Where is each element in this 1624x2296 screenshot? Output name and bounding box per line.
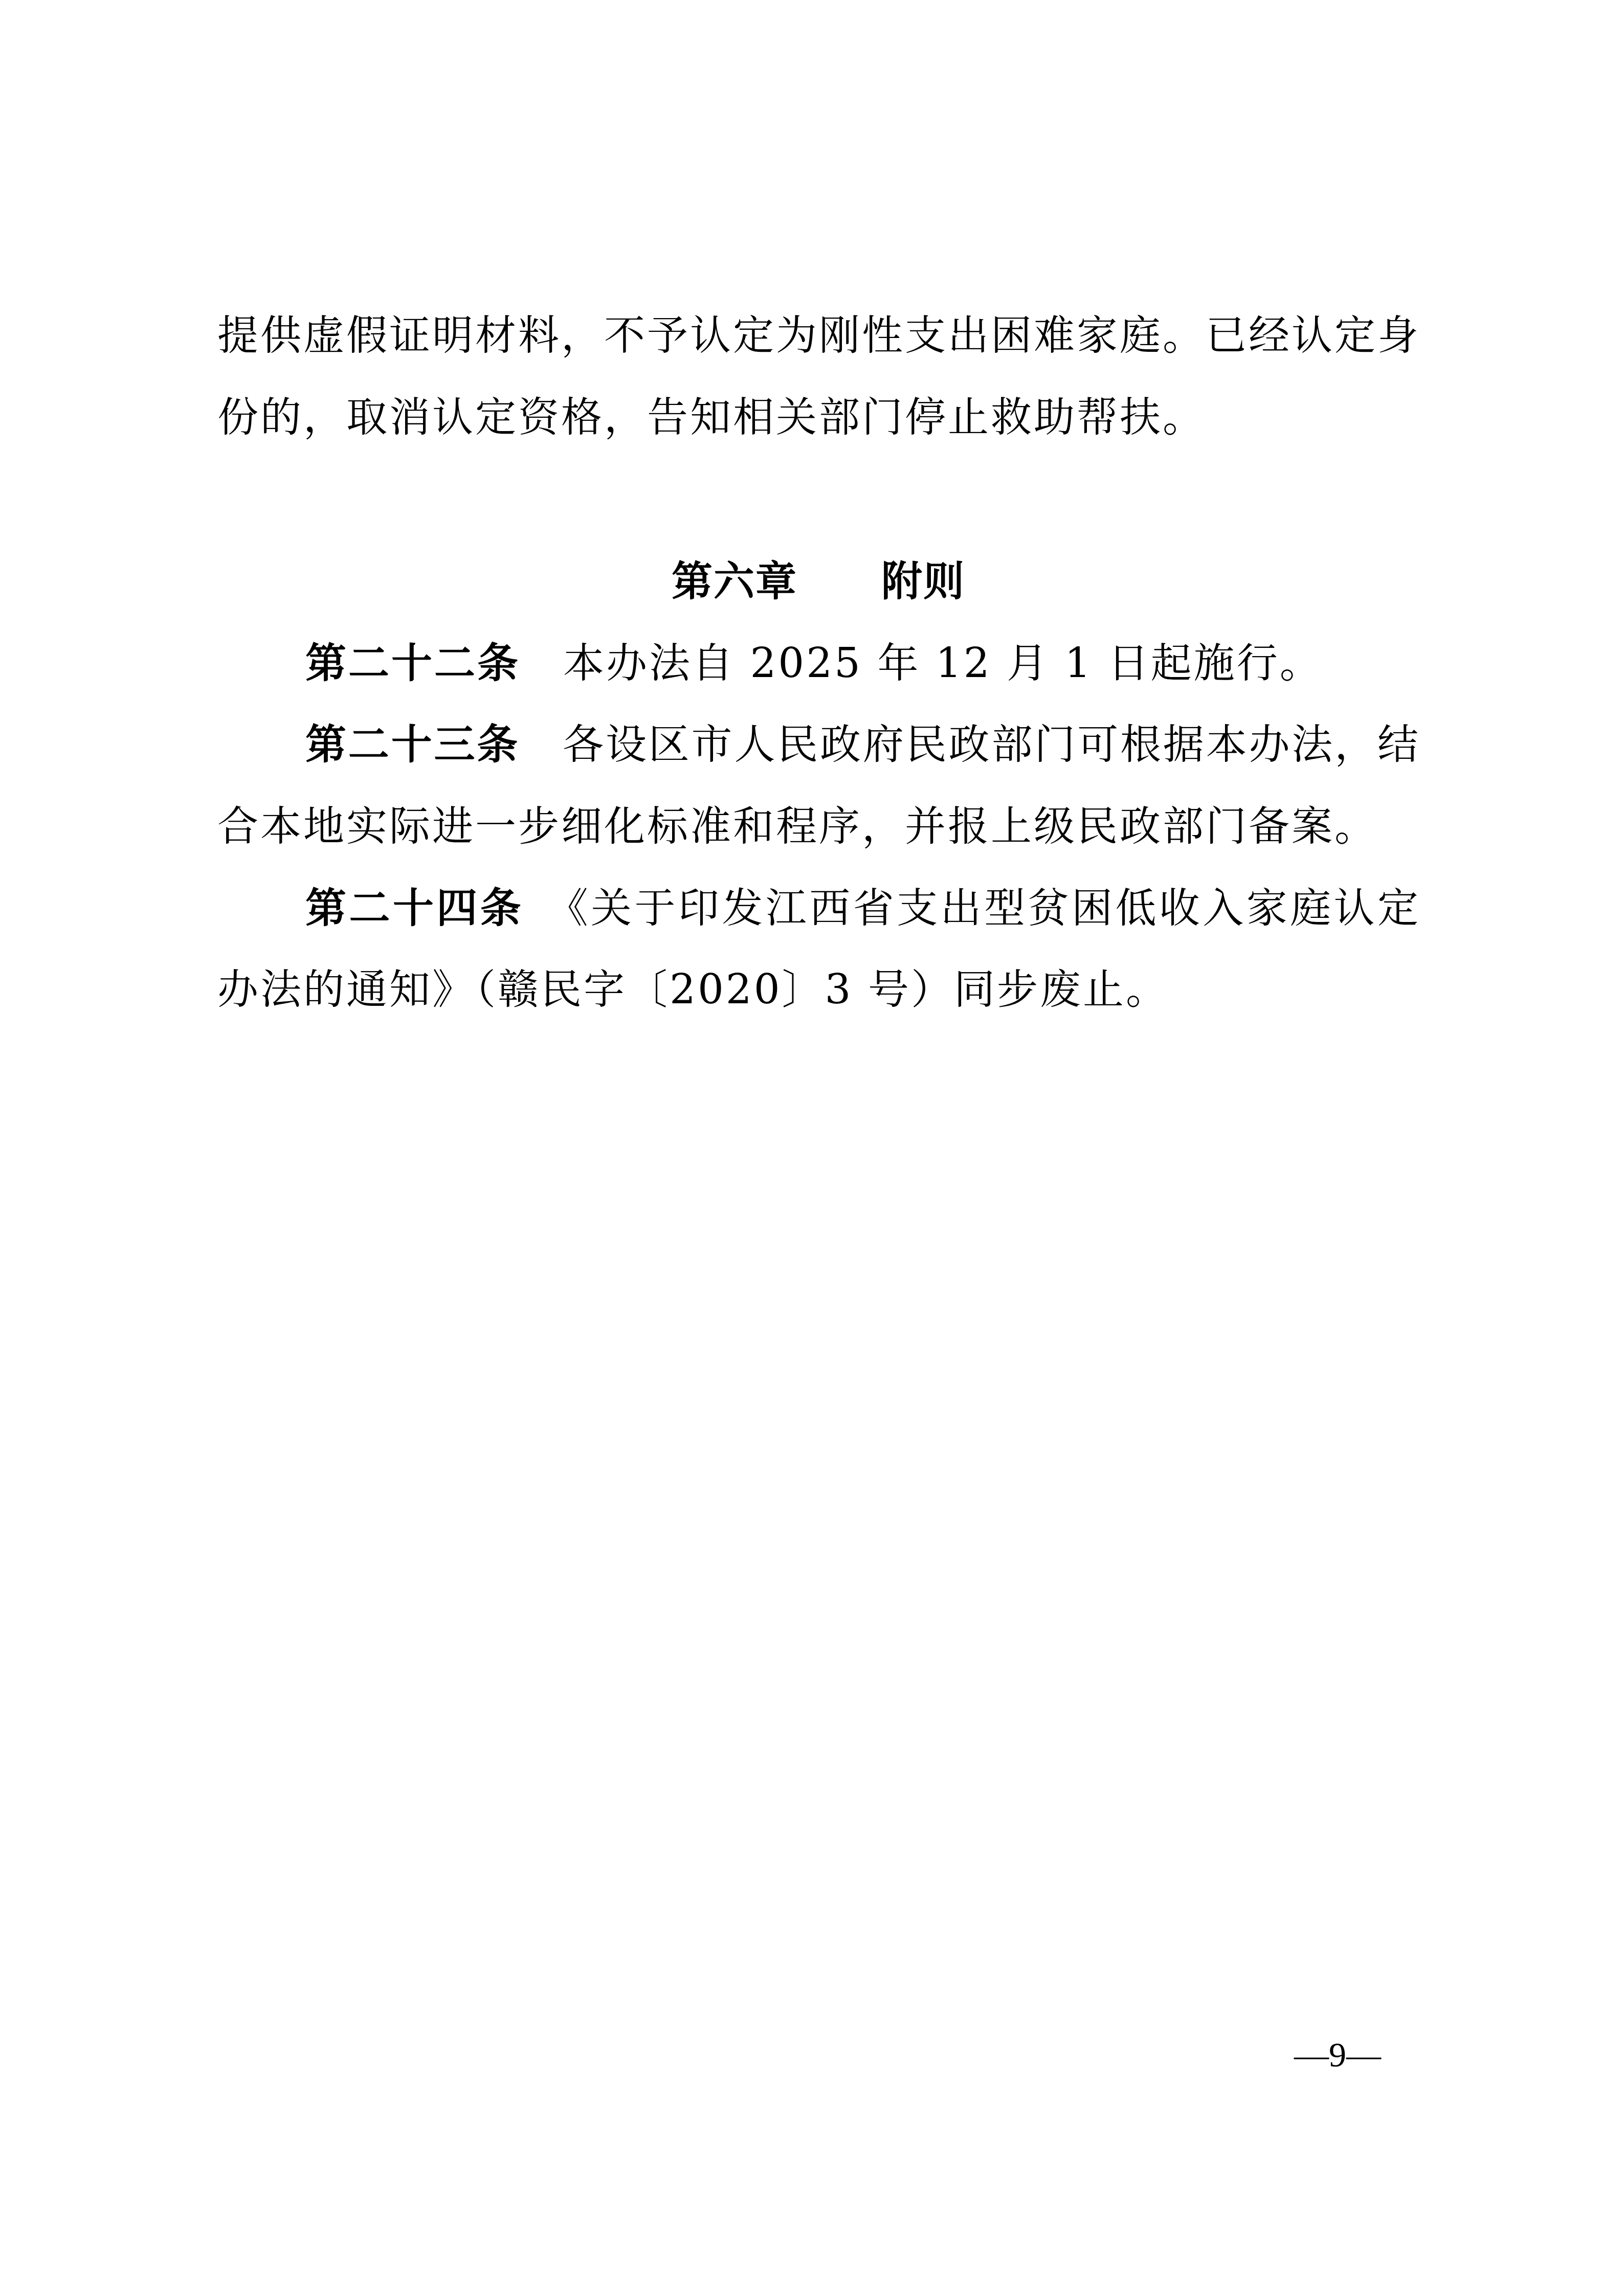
article-label: 第二十三条 bbox=[305, 721, 520, 768]
chapter-heading: 第六章 附则 bbox=[217, 541, 1419, 622]
article-gap bbox=[520, 721, 563, 768]
article-gap bbox=[520, 639, 563, 687]
article-22: 第二十二条 本办法自 2025 年 12 月 1 日起施行。 bbox=[217, 622, 1419, 704]
article-gap bbox=[524, 884, 567, 932]
article-23: 第二十三条 各设区市人民政府民政部门可根据本办法，结 bbox=[217, 704, 1419, 785]
article-text: 《关于印发江西省支出型贫困低收入家庭认定 bbox=[568, 884, 1419, 932]
body-text-line: 份的，取消认定资格，告知相关部门停止救助帮扶。 bbox=[217, 376, 1419, 458]
article-24: 第二十四条 《关于印发江西省支出型贫困低收入家庭认定 bbox=[217, 867, 1419, 949]
page-number: —9— bbox=[1286, 2034, 1389, 2075]
body-text-line: 办法的通知》（赣民字〔2020〕3 号）同步废止。 bbox=[217, 949, 1419, 1030]
document-page: 提供虚假证明材料，不予认定为刚性支出困难家庭。已经认定身 份的，取消认定资格，告… bbox=[0, 0, 1624, 2296]
article-label: 第二十四条 bbox=[305, 884, 524, 932]
article-text: 各设区市人民政府民政部门可根据本办法，结 bbox=[563, 721, 1419, 768]
article-label: 第二十二条 bbox=[305, 639, 520, 687]
body-text-line: 提供虚假证明材料，不予认定为刚性支出困难家庭。已经认定身 bbox=[217, 295, 1419, 376]
article-text: 本办法自 2025 年 12 月 1 日起施行。 bbox=[563, 639, 1323, 687]
body-text-line: 合本地实际进一步细化标准和程序，并报上级民政部门备案。 bbox=[217, 785, 1419, 867]
